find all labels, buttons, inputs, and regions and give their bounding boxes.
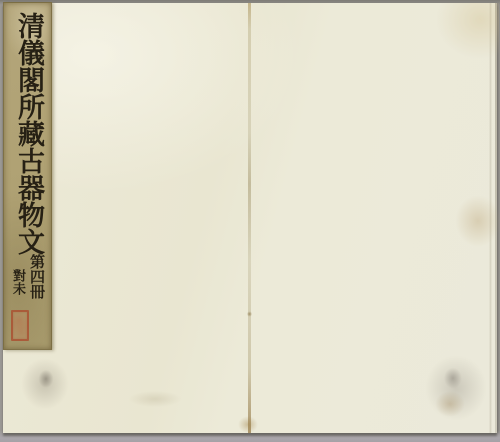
collector-seal-stamp [11,310,29,341]
cover-right-edge [495,3,497,433]
fold-spot [247,311,252,317]
foxing-stain-bottom-right-brown [435,391,465,417]
foxing-stain-bottom-middle [129,391,181,407]
calligraphy-title: 清儀閣所藏古器物文 [10,7,46,259]
foxing-stain-bottom-left [21,358,69,410]
foxing-stain-right-middle [455,195,500,247]
volume-label: 第四冊 [28,254,46,310]
center-fold-line [248,3,251,433]
foxing-stain-bottom-right [425,355,487,421]
album-cover: 清儀閣所藏古器物文 第四冊 對未 [3,3,497,433]
collation-note: 對未 [9,269,25,311]
title-label-slip: 清儀閣所藏古器物文 第四冊 對未 [3,2,52,350]
photo-backdrop: 清儀閣所藏古器物文 第四冊 對未 [0,0,500,442]
right-edge-crease [489,3,492,433]
